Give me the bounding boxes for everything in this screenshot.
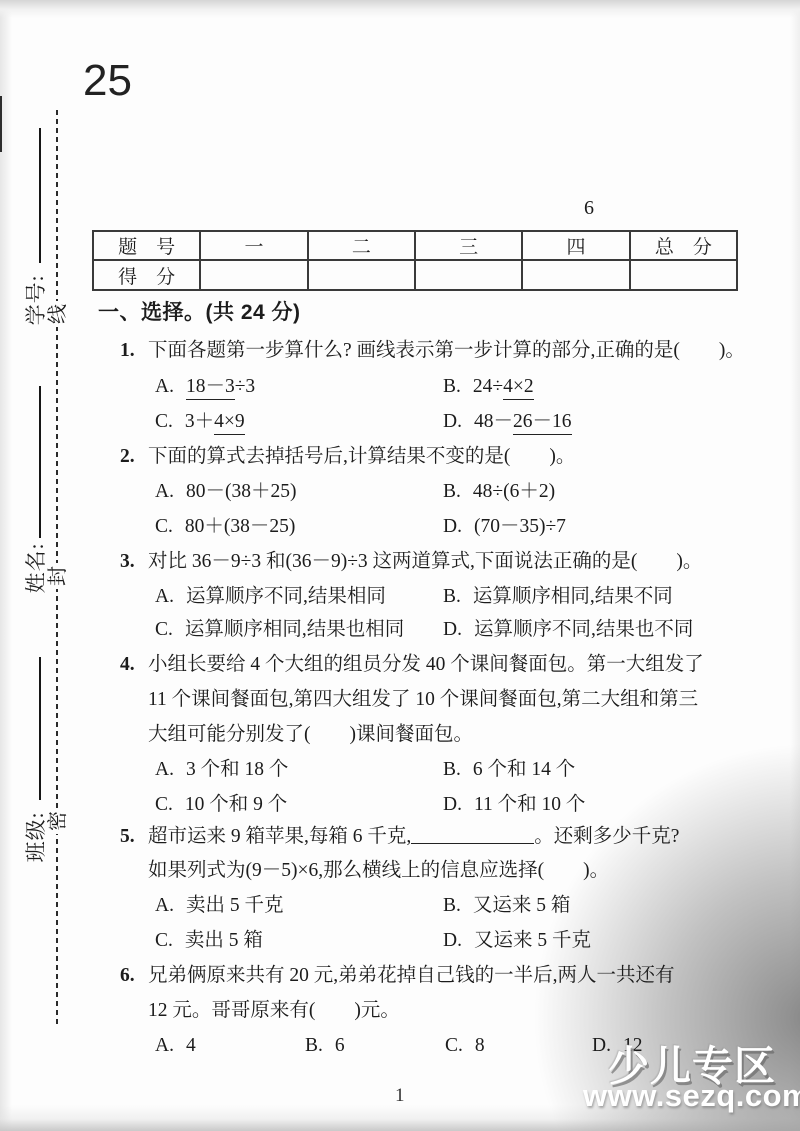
option-2d: D.(70－35)÷7 [443, 511, 566, 543]
score-table-header-two: 二 [308, 231, 415, 260]
option-6c: C.8 [445, 1030, 485, 1062]
score-cell-one [200, 260, 307, 290]
question-1-stem: 1. 下面各题第一步算什么? 画线表示第一步计算的部分,正确的是( )。 [98, 335, 762, 370]
question-4-text-line2: 11 个课间餐面包,第四大组发了 10 个课间餐面包,第二大组和第三 [98, 684, 762, 716]
option-2a: A.80－(38＋25) [155, 476, 296, 508]
question-6-stem-line1: 6. 兄弟俩原来共有 20 元,弟弟花掉自己钱的一半后,两人一共还有 [98, 960, 762, 995]
question-4-stem-line1: 4. 小组长要给 4 个大组的组员分发 40 个课间餐面包。第一大组发了 [98, 649, 762, 684]
option-1a: A.18－3÷3 [155, 371, 255, 403]
watermark-url: www.sezq.com [583, 1078, 800, 1114]
question-2-stem: 2. 下面的算式去掉括号后,计算结果不变的是( )。 [98, 441, 762, 476]
page-number-footer: 1 [395, 1085, 405, 1107]
question-2-text: 下面的算式去掉括号后,计算结果不变的是( )。 [98, 441, 762, 473]
option-5a: A.卖出 5 千克 [155, 890, 283, 922]
underlined-part: 18－3 [186, 376, 235, 400]
question-5-text-line1: 超市运来 9 箱苹果,每箱 6 千克,。还剩多少千克? [98, 821, 762, 853]
option-6a: A.4 [155, 1030, 196, 1062]
option-3a: A.运算顺序不同,结果相同 [155, 581, 386, 613]
option-2c: C.80＋(38－25) [155, 511, 295, 543]
question-5-stem-line1: 5. 超市运来 9 箱苹果,每箱 6 千克,。还剩多少千克? [98, 821, 762, 856]
question-5-stem-line2: 如果列式为(9－5)×6,那么横线上的信息应选择( )。 [98, 855, 762, 890]
question-2-number: 2. [120, 441, 135, 473]
score-table-header-four: 四 [522, 231, 629, 260]
option-1d: D.48－26－16 [443, 406, 572, 438]
question-6-stem-line2: 12 元。哥哥原来有( )元。 [98, 995, 762, 1030]
question-3-text: 对比 36－9÷3 和(36－9)÷3 这两道算式,下面说法正确的是( )。 [98, 546, 762, 578]
question-2-options-ab: A.80－(38＋25) B.48÷(6＋2) [98, 476, 762, 511]
question-5-number: 5. [120, 821, 135, 853]
student-name-blank-line [39, 386, 41, 538]
option-4d: D.11 个和 10 个 [443, 789, 585, 821]
score-row-label: 得 分 [93, 260, 200, 290]
worksheet-page: 学号: 线 姓名: 封 班级: 密 25 6 题 号 一 二 三 四 总 分 得… [0, 0, 800, 1131]
handwritten-mark: 6 [584, 197, 594, 220]
question-5-text-line2: 如果列式为(9－5)×6,那么横线上的信息应选择( )。 [98, 855, 762, 887]
question-1-options-ab: A.18－3÷3 B.24÷4×2 [98, 371, 762, 406]
seal-char-feng: 封 [45, 563, 71, 589]
score-cell-three [415, 260, 522, 290]
option-3d: D.运算顺序不同,结果也不同 [443, 614, 693, 646]
question-1-number: 1. [120, 335, 135, 367]
option-5d: D.又运来 5 千克 [443, 925, 591, 957]
question-3-stem: 3. 对比 36－9÷3 和(36－9)÷3 这两道算式,下面说法正确的是( )… [98, 546, 762, 581]
question-4-text-line1: 小组长要给 4 个大组的组员分发 40 个课间餐面包。第一大组发了 [98, 649, 762, 681]
question-1-options-cd: C.3＋4×9 D.48－26－16 [98, 406, 762, 441]
score-table-header-three: 三 [415, 231, 522, 260]
option-1c: C.3＋4×9 [155, 406, 245, 438]
question-4-number: 4. [120, 649, 135, 681]
underlined-part: 4×9 [214, 411, 245, 435]
option-4b: B.6 个和 14 个 [443, 754, 575, 786]
question-3-number: 3. [120, 546, 135, 578]
question-6-text-line1: 兄弟俩原来共有 20 元,弟弟花掉自己钱的一半后,两人一共还有 [98, 960, 762, 992]
option-6b: B.6 [305, 1030, 345, 1062]
option-2b: B.48÷(6＋2) [443, 476, 555, 508]
underlined-part: 26－16 [513, 411, 572, 435]
question-4-stem-line2: 11 个课间餐面包,第四大组发了 10 个课间餐面包,第二大组和第三 [98, 684, 762, 719]
question-6-text-line2: 12 元。哥哥原来有( )元。 [98, 995, 762, 1027]
score-table-header-total: 总 分 [630, 231, 737, 260]
score-table: 题 号 一 二 三 四 总 分 得 分 [92, 230, 738, 291]
class-blank-line [39, 657, 41, 800]
option-5b: B.又运来 5 箱 [443, 890, 570, 922]
score-cell-total [630, 260, 737, 290]
score-table-score-row: 得 分 [93, 260, 737, 290]
question-4-stem-line3: 大组可能分别发了( )课间餐面包。 [98, 719, 762, 754]
score-table-header-one: 一 [200, 231, 307, 260]
seal-char-mi: 密 [45, 808, 71, 834]
question-2-options-cd: C.80＋(38－25) D.(70－35)÷7 [98, 511, 762, 546]
underlined-part: 4×2 [503, 376, 534, 400]
score-table-header-row: 题 号 一 二 三 四 总 分 [93, 231, 737, 260]
question-3-options-ab: A.运算顺序不同,结果相同 B.运算顺序相同,结果不同 [98, 581, 762, 616]
scan-edge-artifact [0, 96, 2, 152]
score-cell-two [308, 260, 415, 290]
question-5-options-ab: A.卖出 5 千克 B.又运来 5 箱 [98, 890, 762, 925]
option-1b: B.24÷4×2 [443, 371, 534, 403]
question-4-text-line3: 大组可能分别发了( )课间餐面包。 [98, 719, 762, 751]
question-1-text: 下面各题第一步算什么? 画线表示第一步计算的部分,正确的是( )。 [98, 335, 762, 367]
option-4c: C.10 个和 9 个 [155, 789, 287, 821]
score-table-header-timu: 题 号 [93, 231, 200, 260]
option-4a: A.3 个和 18 个 [155, 754, 288, 786]
question-6-number: 6. [120, 960, 135, 992]
score-cell-four [522, 260, 629, 290]
option-3c: C.运算顺序相同,结果也相同 [155, 614, 404, 646]
question-4-options-ab: A.3 个和 18 个 B.6 个和 14 个 [98, 754, 762, 789]
page-corner-number: 25 [83, 56, 132, 106]
question-4-options-cd: C.10 个和 9 个 D.11 个和 10 个 [98, 789, 762, 824]
section-title: 一、选择。(共 24 分) [98, 297, 762, 332]
option-5c: C.卖出 5 箱 [155, 925, 263, 957]
question-5-options-cd: C.卖出 5 箱 D.又运来 5 千克 [98, 925, 762, 960]
option-3b: B.运算顺序相同,结果不同 [443, 581, 673, 613]
seal-char-xian: 线 [45, 301, 71, 327]
fill-in-blank-line [411, 842, 534, 844]
student-id-blank-line [39, 128, 41, 263]
question-3-options-cd: C.运算顺序相同,结果也相同 D.运算顺序不同,结果也不同 [98, 614, 762, 649]
